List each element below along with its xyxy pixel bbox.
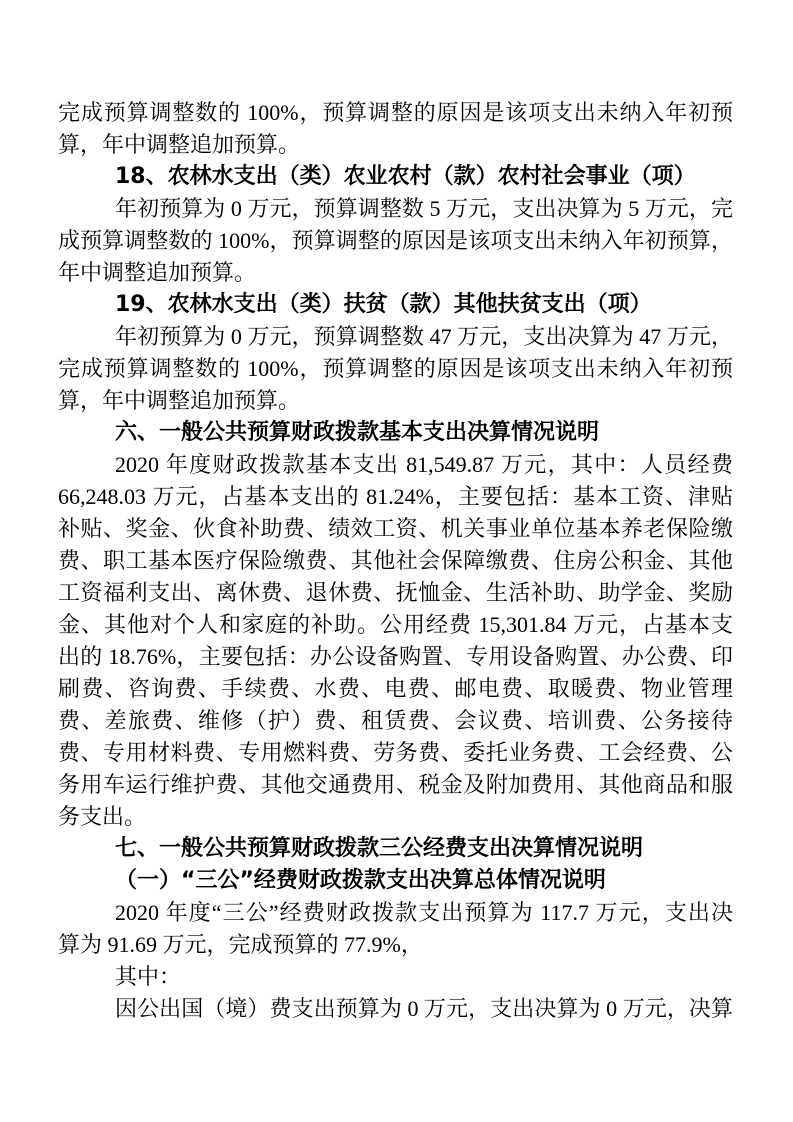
paragraph-text-line: 费、职工基本医疗保险缴费、其他社会保障缴费、住房公积金、其他 xyxy=(58,545,733,577)
paragraph-text-line: 补贴、奖金、伙食补助费、绩效工资、机关事业单位基本养老保险缴 xyxy=(58,513,733,545)
paragraph-text-line: 年初预算为 0 万元，预算调整数 47 万元，支出决算为 47 万元， xyxy=(58,321,733,353)
paragraph-text-line: 2020 年度“三公”经费财政拨款支出预算为 117.7 万元，支出决 xyxy=(58,897,733,929)
section-heading-line: 六、一般公共预算财政拨款基本支出决算情况说明 xyxy=(58,417,733,449)
paragraph-text-line: 算为 91.69 万元，完成预算的 77.9%， xyxy=(58,929,733,961)
paragraph-text-line: 成预算调整数的 100%，预算调整的原因是该项支出未纳入年初预算， xyxy=(58,225,733,257)
paragraph-text-line: 出的 18.76%，主要包括：办公设备购置、专用设备购置、办公费、印 xyxy=(58,641,733,673)
paragraph-text-line: 务用车运行维护费、其他交通费用、税金及附加费用、其他商品和服 xyxy=(58,769,733,801)
paragraph-text-line: 完成预算调整数的 100%，预算调整的原因是该项支出未纳入年初预 xyxy=(58,353,733,385)
paragraph-text-line: 其中： xyxy=(58,961,733,993)
section-heading-line: 19、农林水支出（类）扶贫（款）其他扶贫支出（项） xyxy=(58,289,733,321)
paragraph-text-line: 年中调整追加预算。 xyxy=(58,257,733,289)
paragraph-text-line: 因公出国（境）费支出预算为 0 万元，支出决算为 0 万元，决算 xyxy=(58,993,733,1025)
paragraph-text-line: 费、差旅费、维修（护）费、租赁费、会议费、培训费、公务接待 xyxy=(58,705,733,737)
paragraph-text-line: 完成预算调整数的 100%，预算调整的原因是该项支出未纳入年初预 xyxy=(58,97,733,129)
paragraph-text-line: 工资福利支出、离休费、退休费、抚恤金、生活补助、助学金、奖励 xyxy=(58,577,733,609)
paragraph-text-line: 务支出。 xyxy=(58,801,733,833)
paragraph-text-line: 刷费、咨询费、手续费、水费、电费、邮电费、取暖费、物业管理 xyxy=(58,673,733,705)
paragraph-text-line: 金、其他对个人和家庭的补助。公用经费 15,301.84 万元，占基本支 xyxy=(58,609,733,641)
paragraph-text-line: 年初预算为 0 万元，预算调整数 5 万元，支出决算为 5 万元，完 xyxy=(58,193,733,225)
paragraph-text-line: 66,248.03 万元，占基本支出的 81.24%，主要包括：基本工资、津贴 xyxy=(58,481,733,513)
section-heading-line: 七、一般公共预算财政拨款三公经费支出决算情况说明 xyxy=(58,833,733,865)
paragraph-text-line: 算，年中调整追加预算。 xyxy=(58,129,733,161)
document-page: 完成预算调整数的 100%，预算调整的原因是该项支出未纳入年初预算，年中调整追加… xyxy=(0,0,793,1122)
paragraph-text-line: 算，年中调整追加预算。 xyxy=(58,385,733,417)
document-text-body: 完成预算调整数的 100%，预算调整的原因是该项支出未纳入年初预算，年中调整追加… xyxy=(58,97,733,1025)
paragraph-text-line: 2020 年度财政拨款基本支出 81,549.87 万元，其中：人员经费 xyxy=(58,449,733,481)
paragraph-text-line: 费、专用材料费、专用燃料费、劳务费、委托业务费、工会经费、公 xyxy=(58,737,733,769)
section-heading-line: 18、农林水支出（类）农业农村（款）农村社会事业（项） xyxy=(58,161,733,193)
section-heading-line: （一）“三公”经费财政拨款支出决算总体情况说明 xyxy=(58,865,733,897)
